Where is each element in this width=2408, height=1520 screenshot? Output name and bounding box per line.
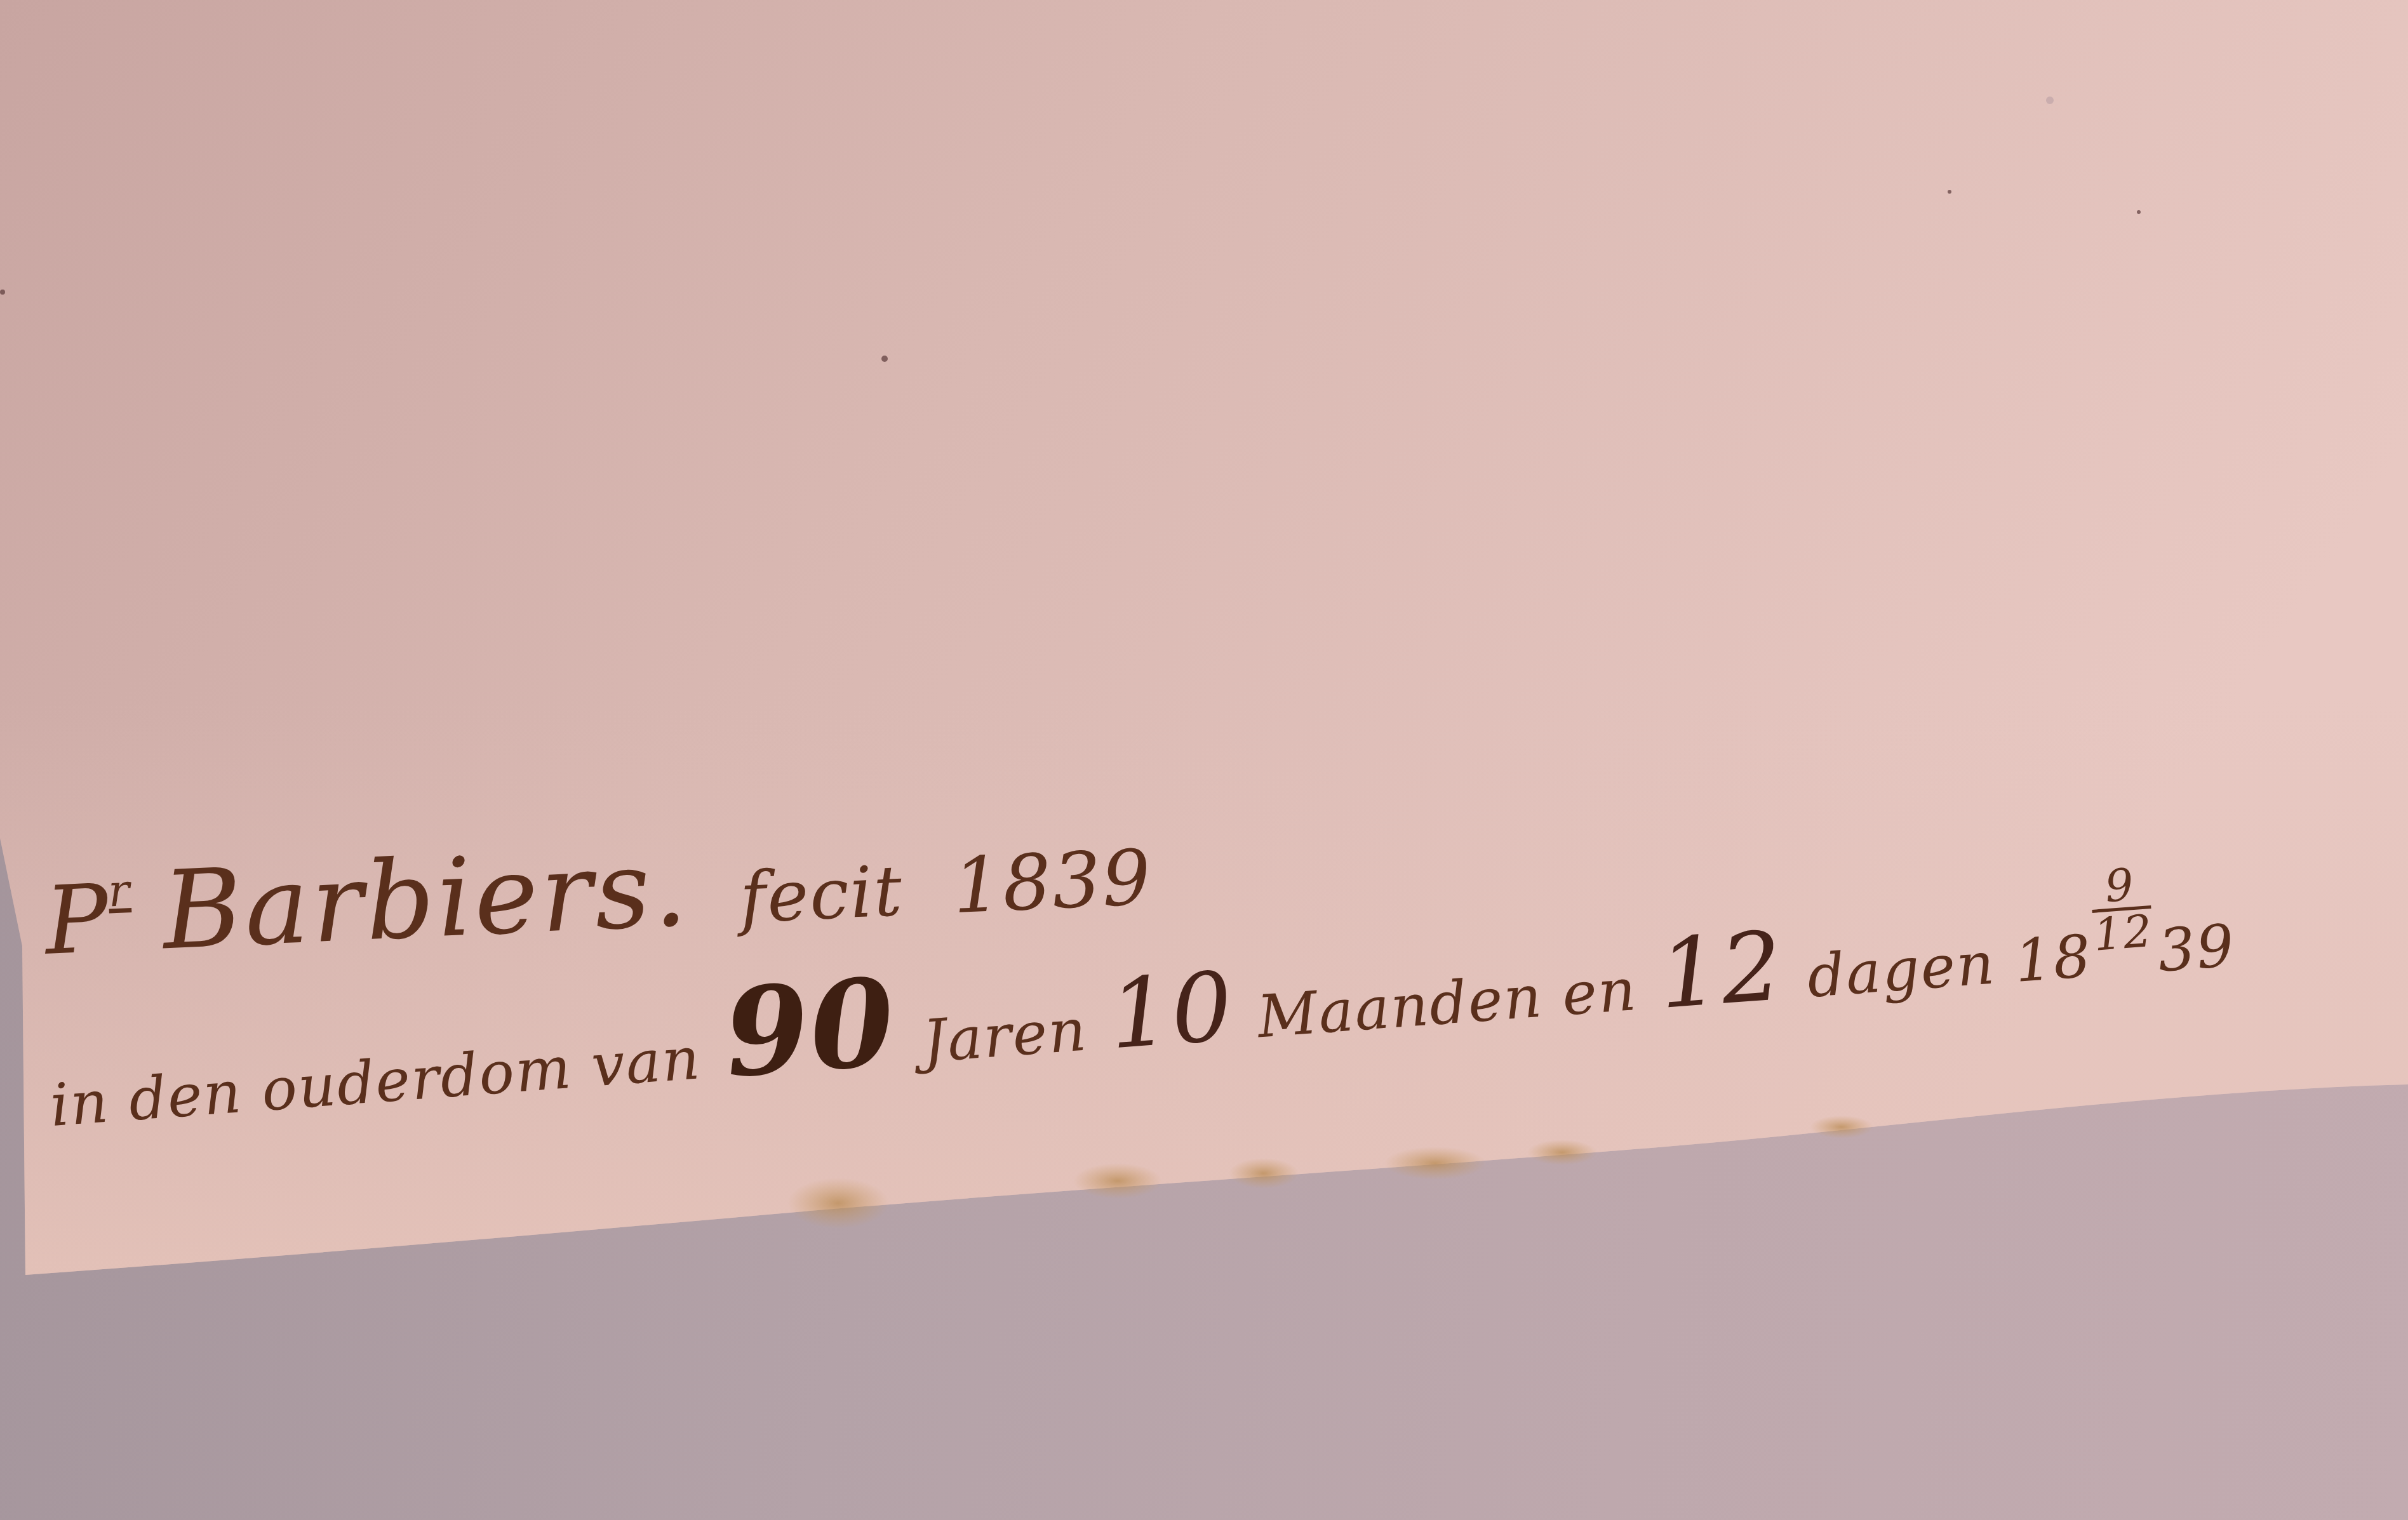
photo-scene: Pr Barbiers. fecit 1839 in den ouderdom … bbox=[0, 0, 2408, 1520]
paper-sheet bbox=[0, 0, 2408, 1520]
